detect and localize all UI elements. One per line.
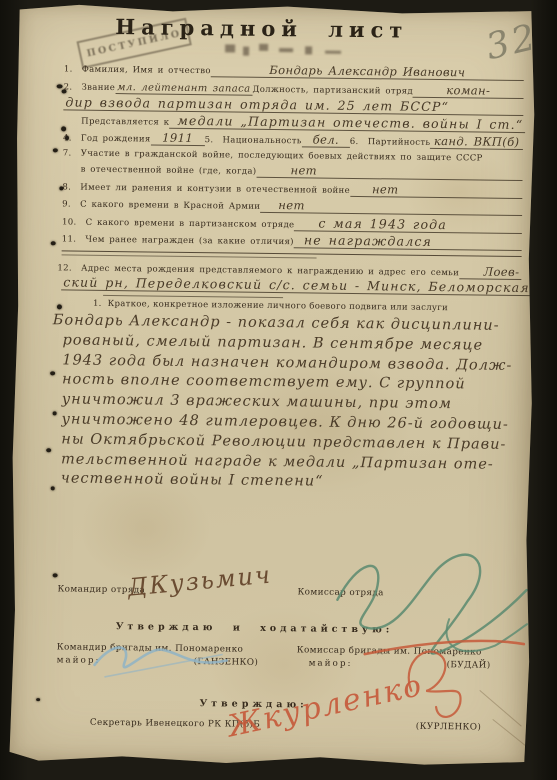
field-label-redarmy: 9. С какого времени в Красной Армии xyxy=(62,200,260,212)
approve-request-line: Утверждаю и ходатайствую: xyxy=(9,620,500,637)
field-value-position-1: коман- xyxy=(446,85,490,97)
citation-heading: 1. Краткое, конкретное изложение личного… xyxy=(93,299,521,314)
brigade-commissar-line: Комиссар бригады им. Пономаренко xyxy=(297,645,482,657)
form-row-10: 10. С какого времени в партизанском отря… xyxy=(62,214,522,233)
document-paper: ПОСТУПИЛО Наградной лист 32 1. Фамилия, … xyxy=(7,2,537,768)
field-value-civilwar: нет xyxy=(290,165,317,177)
paper-hole xyxy=(59,186,63,190)
scan-background: ПОСТУПИЛО Наградной лист 32 1. Фамилия, … xyxy=(0,0,557,780)
brigade-commissar-rank: майор: xyxy=(309,658,353,669)
form-row-7b: в отечественной войне (где, когда) нет xyxy=(81,163,523,181)
field-label-name: 1. Фамилия, Имя и отчество xyxy=(64,65,211,77)
paper-hole xyxy=(61,126,66,131)
field-label-partisan-since: 10. С какого времени в партизанском отря… xyxy=(62,218,295,231)
form-row-1: 1. Фамилия, Имя и отчество Бондарь Алекс… xyxy=(64,62,524,80)
form-row-11: 11. Чем ранее награжден (за какие отличи… xyxy=(62,231,522,250)
field-value-prev-awards: не награждался xyxy=(304,234,432,248)
field-value-medal: медали „Партизан отечеств. войны I ст.“ xyxy=(177,115,523,132)
paper-hole xyxy=(57,84,63,88)
paper-crease xyxy=(492,719,528,748)
field-label-party: 6. Партийность xyxy=(350,138,431,149)
field-value-address-2: ский рн, Переделковский с/с. семьи - Мин… xyxy=(63,276,557,295)
ink-smudge xyxy=(221,42,351,60)
paper-hole xyxy=(65,135,69,140)
field-label-nationality: 5. Национальность xyxy=(205,136,302,147)
field-value-birthyear: 1911 xyxy=(162,133,193,145)
field-label-medal: Представляется к xyxy=(81,117,169,128)
field-value-name: Бондарь Александр Иванович xyxy=(269,65,465,79)
form-row-2b: дир взвода партизан отряда им. 25 лет БС… xyxy=(63,96,523,115)
paper-hole xyxy=(53,411,57,415)
field-value-rank: мл. лейтенант запаса xyxy=(117,83,250,95)
paper-hole xyxy=(36,698,40,701)
secretary-signature: Жкурленко xyxy=(225,668,427,745)
field-label-rank: 2. Звание xyxy=(64,83,116,93)
field-value-nationality: бел. xyxy=(313,134,340,146)
paper-hole xyxy=(50,371,55,375)
field-value-party: канд. ВКП(б) xyxy=(434,136,520,149)
paper-hole xyxy=(51,241,56,245)
paper-hole xyxy=(46,448,51,452)
troop-commissar-label: Комиссар отряда xyxy=(297,587,383,598)
troop-commander-signature: ДКузьмич xyxy=(127,561,273,602)
field-label-position: Должность, партизанский отряд xyxy=(252,85,413,97)
field-value-partisan-since: с мая 1943 года xyxy=(318,218,447,232)
separator-rule-2 xyxy=(62,254,317,258)
paper-hole xyxy=(62,89,67,93)
paper-hole xyxy=(57,304,62,309)
field-value-address-1: Лоев- xyxy=(483,267,519,279)
brigade-commander-line: Командир бригады им. Пономаренко xyxy=(57,642,244,654)
brigade-commander-name: (ГАНЗЕНКО) xyxy=(194,657,259,668)
paper-hole xyxy=(53,148,58,152)
form-row-8: 8. Имеет ли ранения и контузии в отечест… xyxy=(62,180,522,198)
underline-dash xyxy=(103,295,283,298)
field-label-prev-awards: 11. Чем ранее награжден (за какие отличи… xyxy=(62,235,294,248)
field-value-redarmy: нет xyxy=(278,200,305,212)
form-row-9: 9. С какого времени в Красной Армии нет xyxy=(62,197,522,215)
field-label-wounds: 8. Имеет ли ранения и контузии в отечест… xyxy=(62,183,350,196)
troop-commissar-signature xyxy=(337,553,527,655)
brigade-commander-rank: майор: xyxy=(57,655,101,666)
citation-block: Бондарь Александр - показал себя как дис… xyxy=(51,312,518,496)
form-row-4-5-6: 4. Год рождения 1911 5. Национальность б… xyxy=(63,131,523,149)
field-label-civilwar-2: в отечественной войне (где, когда) xyxy=(81,165,257,177)
field-value-position-2: дир взвода партизан отряда им. 25 лет БС… xyxy=(65,96,449,113)
field-value-wounds: нет xyxy=(372,184,399,196)
brigade-commissar-name: (БУДАЙ) xyxy=(447,660,491,671)
form-row-12b: ский рн, Переделковский с/с. семьи - Мин… xyxy=(61,276,521,295)
paper-hole xyxy=(51,486,55,490)
secretary-name: (КУРЛЕНКО) xyxy=(416,722,482,733)
field-label-birthyear: 4. Год рождения xyxy=(63,134,151,145)
field-label-civilwar-1: 7. Участие в гражданской войне, последую… xyxy=(63,149,483,164)
form-row-3: Представляется к медали „Партизан отечес… xyxy=(81,114,523,133)
paper-hole xyxy=(53,573,58,577)
